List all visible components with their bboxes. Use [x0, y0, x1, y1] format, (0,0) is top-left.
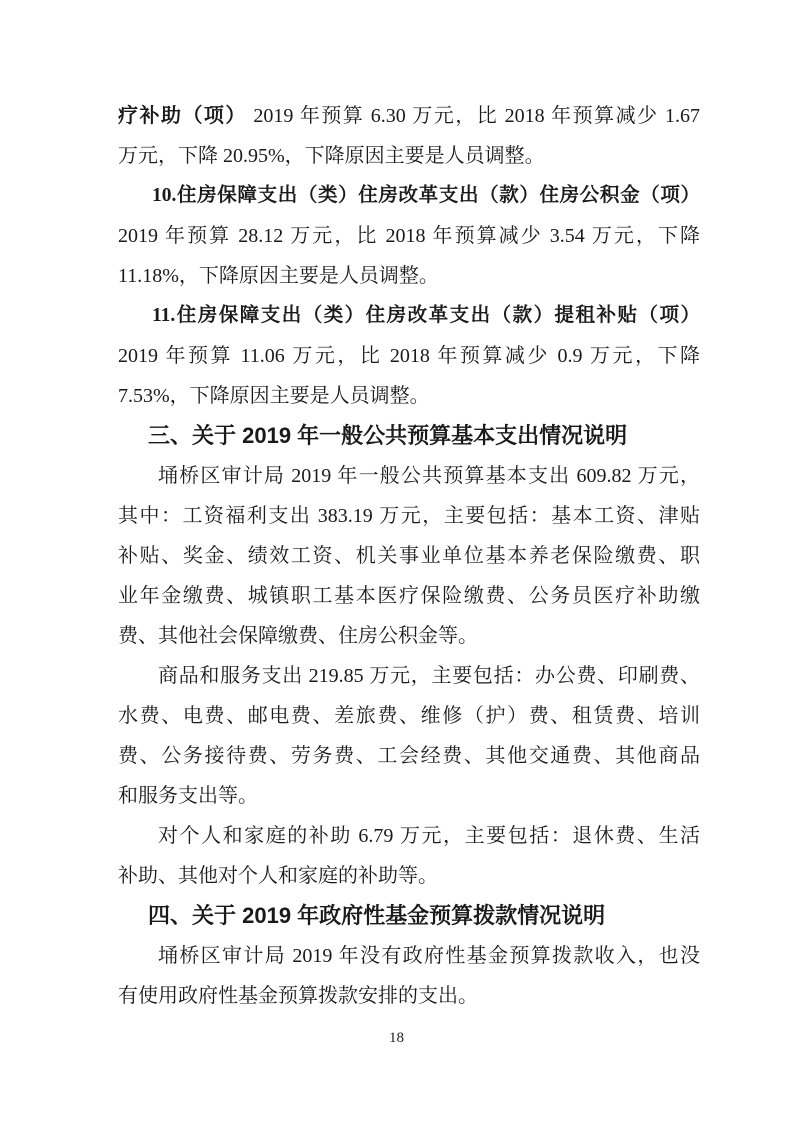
paragraph-line: 埇桥区审计局 2019 年没有政府性基金预算拨款收入，也没 [118, 936, 700, 976]
paragraph-line: 业年金缴费、城镇职工基本医疗保险缴费、公务员医疗补助缴 [118, 576, 700, 616]
paragraph-line: 费、公务接待费、劳务费、工会经费、其他交通费、其他商品 [118, 736, 700, 776]
bold-run: 疗补助（项） [118, 105, 247, 127]
paragraph-line: 商品和服务支出 219.85 万元，主要包括：办公费、印刷费、 [118, 656, 700, 696]
paragraph-line: 补助、其他对个人和家庭的补助等。 [118, 856, 700, 896]
paragraph-line: 埇桥区审计局 2019 年一般公共预算基本支出 609.82 万元， [118, 456, 700, 496]
section-heading-four: 四、关于 2019 年政府性基金预算拨款情况说明 [118, 896, 700, 936]
page-number: 18 [0, 1026, 793, 1050]
page-body-text: 疗补助（项） 2019 年预算 6.30 万元，比 2018 年预算减少 1.6… [118, 96, 700, 1016]
section-heading-three: 三、关于 2019 年一般公共预算基本支出情况说明 [118, 416, 700, 456]
subsection-heading-11: 11.住房保障支出（类）住房改革支出（款）提租补贴（项） [118, 296, 700, 336]
paragraph-line: 万元，下降 20.95%，下降原因主要是人员调整。 [118, 136, 700, 176]
paragraph-line: 水费、电费、邮电费、差旅费、维修（护）费、租赁费、培训 [118, 696, 700, 736]
subsection-heading-10: 10.住房保障支出（类）住房改革支出（款）住房公积金（项） [118, 176, 700, 216]
document-page: 疗补助（项） 2019 年预算 6.30 万元，比 2018 年预算减少 1.6… [0, 0, 793, 1122]
paragraph-line: 7.53%，下降原因主要是人员调整。 [118, 376, 700, 416]
paragraph-line: 2019 年预算 11.06 万元，比 2018 年预算减少 0.9 万元，下降 [118, 336, 700, 376]
paragraph-line: 疗补助（项） 2019 年预算 6.30 万元，比 2018 年预算减少 1.6… [118, 96, 700, 136]
paragraph-line: 补贴、奖金、绩效工资、机关事业单位基本养老保险缴费、职 [118, 536, 700, 576]
paragraph-line: 11.18%，下降原因主要是人员调整。 [118, 256, 700, 296]
text-run: 2019 年预算 6.30 万元，比 2018 年预算减少 1.67 [247, 105, 700, 127]
paragraph-line: 2019 年预算 28.12 万元，比 2018 年预算减少 3.54 万元，下… [118, 216, 700, 256]
paragraph-line: 对个人和家庭的补助 6.79 万元，主要包括：退休费、生活 [118, 816, 700, 856]
paragraph-line: 其中：工资福利支出 383.19 万元，主要包括：基本工资、津贴 [118, 496, 700, 536]
paragraph-line: 费、其他社会保障缴费、住房公积金等。 [118, 616, 700, 656]
paragraph-line: 和服务支出等。 [118, 776, 700, 816]
paragraph-line: 有使用政府性基金预算拨款安排的支出。 [118, 976, 700, 1016]
